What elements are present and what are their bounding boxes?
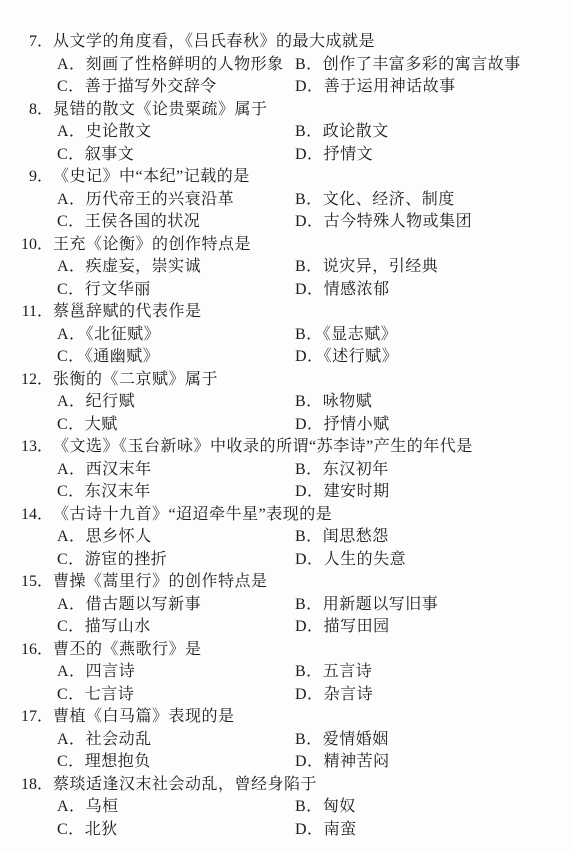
question-number: 16． [0, 639, 53, 662]
option-c-label: C． [57, 213, 85, 230]
option-a-text: 四言诗 [86, 663, 136, 680]
option-a: A．乌桓 [57, 796, 295, 819]
option-d: D．抒情小赋 [295, 414, 572, 437]
option-a-label: A． [57, 461, 86, 478]
option-b: B．五言诗 [295, 661, 572, 684]
option-b-label: B． [295, 123, 323, 140]
option-a-label: A． [57, 56, 86, 73]
option-a-text: 社会动乱 [86, 731, 152, 748]
option-b-text: 用新题以写旧事 [323, 596, 439, 613]
option-b-label: B． [295, 798, 323, 815]
option-c: C．七言诗 [57, 684, 295, 707]
option-a-text: 西汉末年 [86, 461, 152, 478]
question-stem: 曹丕的《燕歌行》是 [53, 639, 572, 662]
option-c-label: C． [57, 281, 85, 298]
option-c: C．东汉末年 [57, 481, 295, 504]
question-stem: 曹植《白马篇》表现的是 [53, 706, 572, 729]
option-d-text: 精神苦闷 [324, 753, 390, 770]
option-a-text: 乌桓 [86, 798, 119, 815]
option-c-label: C． [57, 483, 85, 500]
option-c-text: 理想抱负 [85, 753, 151, 770]
option-d-label: D． [295, 483, 324, 500]
option-c-text: 叙事文 [85, 146, 135, 163]
question-number: 8． [0, 99, 53, 122]
option-d-label: D． [295, 78, 324, 95]
question-stem: 从文学的角度看，《吕氏春秋》的最大成就是 [53, 31, 572, 54]
option-d-text: 抒情小赋 [324, 416, 390, 433]
option-b-text: 东汉初年 [323, 461, 389, 478]
option-c: C．《通幽赋》 [57, 346, 295, 369]
question-stem: 蔡琰适逢汉末社会动乱，曾经身陷于 [53, 774, 572, 797]
option-a: A．纪行赋 [57, 391, 295, 414]
option-a-label: A． [57, 663, 86, 680]
option-a-label: A． [57, 528, 86, 545]
option-a-label: A． [57, 731, 86, 748]
question-number: 15． [0, 571, 53, 594]
option-c: C．行文华丽 [57, 279, 295, 302]
option-d: D．《述行赋》 [295, 346, 572, 369]
option-d-label: D． [295, 416, 324, 433]
option-a-label: A． [57, 393, 86, 410]
option-b-label: B． [295, 663, 323, 680]
option-c-text: 七言诗 [85, 686, 135, 703]
question-number: 14． [0, 504, 53, 527]
option-c: C．大赋 [57, 414, 295, 437]
option-a: A．思乡怀人 [57, 526, 295, 549]
option-d-text: 情感浓郁 [324, 281, 390, 298]
option-b: B．匈奴 [295, 796, 572, 819]
option-b-text: 说灾异，引经典 [323, 258, 439, 275]
option-a: A．四言诗 [57, 661, 295, 684]
option-b-label: B． [295, 56, 323, 73]
option-d: D．杂言诗 [295, 684, 572, 707]
option-a-label: A． [57, 596, 86, 613]
question-stem: 晁错的散文《论贵粟疏》属于 [53, 99, 572, 122]
option-b: B．《显志赋》 [295, 324, 572, 347]
option-a-text: 思乡怀人 [86, 528, 152, 545]
option-b-text: 爱情婚姻 [323, 731, 389, 748]
option-b-label: B． [295, 258, 323, 275]
option-c: C．善于描写外交辞令 [57, 76, 295, 99]
option-d-label: D． [295, 686, 324, 703]
option-d-label: D． [295, 821, 324, 838]
question-stem: 蔡邕辞赋的代表作是 [53, 301, 572, 324]
option-d: D．古今特殊人物或集团 [295, 211, 572, 234]
option-a-text: 纪行赋 [86, 393, 136, 410]
question-number: 7． [0, 31, 53, 54]
option-c: C．游宦的挫折 [57, 549, 295, 572]
option-d: D．善于运用神话故事 [295, 76, 572, 99]
question-number: 11． [0, 301, 53, 324]
option-d-text: 建安时期 [324, 483, 390, 500]
option-b: B．创作了丰富多彩的寓言故事 [295, 54, 572, 77]
option-d: D．抒情文 [295, 144, 572, 167]
option-a: A．借古题以写新事 [57, 594, 295, 617]
option-c-label: C． [57, 551, 85, 568]
option-d-label: D． [295, 146, 324, 163]
question-item: 12． 张衡的《二京赋》属于 A．纪行赋 B．咏物赋 C．大赋 D．抒情小赋 [0, 369, 572, 437]
option-a-label: A． [57, 798, 86, 815]
option-d-label: D． [295, 213, 324, 230]
option-c: C．理想抱负 [57, 751, 295, 774]
option-d: D．南蛮 [295, 819, 572, 842]
option-c-text: 善于描写外交辞令 [85, 78, 217, 95]
question-number: 9． [0, 166, 53, 189]
option-b-text: 五言诗 [323, 663, 373, 680]
option-c-label: C． [57, 348, 85, 365]
question-item: 15． 曹操《蒿里行》的创作特点是 A．借古题以写新事 B．用新题以写旧事 C．… [0, 571, 572, 639]
option-b: B．咏物赋 [295, 391, 572, 414]
option-a: A．疾虚妄，崇实诚 [57, 256, 295, 279]
question-item: 16． 曹丕的《燕歌行》是 A．四言诗 B．五言诗 C．七言诗 D．杂言诗 [0, 639, 572, 707]
option-c: C．叙事文 [57, 144, 295, 167]
option-d-text: 人生的失意 [324, 551, 407, 568]
question-item: 18． 蔡琰适逢汉末社会动乱，曾经身陷于 A．乌桓 B．匈奴 C．北狄 D．南蛮 [0, 774, 572, 842]
option-d: D．描写田园 [295, 616, 572, 639]
question-stem: 张衡的《二京赋》属于 [53, 369, 572, 392]
option-d: D．建安时期 [295, 481, 572, 504]
option-d-text: 杂言诗 [324, 686, 374, 703]
option-c-text: 描写山水 [85, 618, 151, 635]
question-number: 12． [0, 369, 53, 392]
option-a: A．西汉末年 [57, 459, 295, 482]
option-a-label: A． [57, 191, 86, 208]
option-c-label: C． [57, 78, 85, 95]
question-stem: 《文选》《玉台新咏》中收录的所谓“苏李诗”产生的年代是 [53, 436, 572, 459]
option-c-text: 北狄 [85, 821, 118, 838]
option-c-label: C． [57, 821, 85, 838]
option-b: B．说灾异，引经典 [295, 256, 572, 279]
option-c-label: C． [57, 416, 85, 433]
option-d-label: D． [295, 348, 324, 365]
question-item: 9． 《史记》中“本纪”记载的是 A．历代帝王的兴衰沿革 B．文化、经济、制度 … [0, 166, 572, 234]
option-d: D．精神苦闷 [295, 751, 572, 774]
option-b-text: 文化、经济、制度 [323, 191, 455, 208]
option-a-label: A． [57, 258, 86, 275]
question-stem: 曹操《蒿里行》的创作特点是 [53, 571, 572, 594]
option-c: C．王侯各国的状况 [57, 211, 295, 234]
option-d-label: D． [295, 281, 324, 298]
question-item: 14． 《古诗十九首》“迢迢牵牛星”表现的是 A．思乡怀人 B．闺思愁怨 C．游… [0, 504, 572, 572]
option-b-text: 闺思愁怨 [323, 528, 389, 545]
option-b-text: 匈奴 [323, 798, 356, 815]
option-d-label: D． [295, 618, 324, 635]
question-list: 7． 从文学的角度看，《吕氏春秋》的最大成就是 A．刻画了性格鲜明的人物形象 B… [0, 31, 572, 841]
question-number: 17． [0, 706, 53, 729]
option-d-text: 南蛮 [324, 821, 357, 838]
option-d-text: 抒情文 [324, 146, 374, 163]
question-item: 11． 蔡邕辞赋的代表作是 A．《北征赋》 B．《显志赋》 C．《通幽赋》 D．… [0, 301, 572, 369]
option-c-text: 行文华丽 [85, 281, 151, 298]
option-b-text: 政论散文 [323, 123, 389, 140]
question-stem: 王充《论衡》的创作特点是 [53, 234, 572, 257]
option-b: B．闺思愁怨 [295, 526, 572, 549]
option-d-text: 善于运用神话故事 [324, 78, 456, 95]
option-c-text: 东汉末年 [85, 483, 151, 500]
option-d: D．人生的失意 [295, 549, 572, 572]
option-d-text: 古今特殊人物或集团 [324, 213, 473, 230]
exam-document-page: 7． 从文学的角度看，《吕氏春秋》的最大成就是 A．刻画了性格鲜明的人物形象 B… [0, 0, 572, 852]
option-d: D．情感浓郁 [295, 279, 572, 302]
option-c-label: C． [57, 753, 85, 770]
option-c-label: C． [57, 618, 85, 635]
option-a: A．刻画了性格鲜明的人物形象 [57, 54, 295, 77]
question-item: 8． 晁错的散文《论贵粟疏》属于 A．史论散文 B．政论散文 C．叙事文 D．抒… [0, 99, 572, 167]
option-a-label: A． [57, 326, 86, 343]
option-d-label: D． [295, 753, 324, 770]
option-b-label: B． [295, 596, 323, 613]
question-item: 7． 从文学的角度看，《吕氏春秋》的最大成就是 A．刻画了性格鲜明的人物形象 B… [0, 31, 572, 99]
question-item: 17． 曹植《白马篇》表现的是 A．社会动乱 B．爱情婚姻 C．理想抱负 D．精… [0, 706, 572, 774]
question-stem: 《古诗十九首》“迢迢牵牛星”表现的是 [53, 504, 572, 527]
option-d-text: 描写田园 [324, 618, 390, 635]
option-c-text: 《通幽赋》 [85, 348, 160, 365]
option-a-text: 史论散文 [86, 123, 152, 140]
option-b: B．政论散文 [295, 121, 572, 144]
option-c-text: 王侯各国的状况 [85, 213, 201, 230]
option-b-label: B． [295, 528, 323, 545]
option-d-label: D． [295, 551, 324, 568]
option-b-label: B． [295, 191, 323, 208]
option-a-text: 历代帝王的兴衰沿革 [86, 191, 235, 208]
option-b-text: 咏物赋 [323, 393, 373, 410]
option-a-text: 刻画了性格鲜明的人物形象 [86, 56, 284, 73]
option-b-label: B． [295, 326, 323, 343]
question-item: 10． 王充《论衡》的创作特点是 A．疾虚妄，崇实诚 B．说灾异，引经典 C．行… [0, 234, 572, 302]
option-c-label: C． [57, 686, 85, 703]
option-a-text: 疾虚妄，崇实诚 [86, 258, 202, 275]
option-a: A．历代帝王的兴衰沿革 [57, 189, 295, 212]
option-a-text: 借古题以写新事 [86, 596, 202, 613]
option-b-label: B． [295, 393, 323, 410]
option-b-label: B． [295, 461, 323, 478]
option-c: C．北狄 [57, 819, 295, 842]
question-number: 13． [0, 436, 53, 459]
option-a: A．社会动乱 [57, 729, 295, 752]
question-number: 18． [0, 774, 53, 797]
question-stem: 《史记》中“本纪”记载的是 [53, 166, 572, 189]
option-a: A．史论散文 [57, 121, 295, 144]
option-b-label: B． [295, 731, 323, 748]
option-c-text: 游宦的挫折 [85, 551, 168, 568]
question-number: 10． [0, 234, 53, 257]
option-a: A．《北征赋》 [57, 324, 295, 347]
option-c-text: 大赋 [85, 416, 118, 433]
option-a-label: A． [57, 123, 86, 140]
option-c-label: C． [57, 146, 85, 163]
option-d-text: 《述行赋》 [324, 348, 399, 365]
option-b-text: 《显志赋》 [323, 326, 398, 343]
option-b: B．文化、经济、制度 [295, 189, 572, 212]
option-b: B．东汉初年 [295, 459, 572, 482]
question-item: 13． 《文选》《玉台新咏》中收录的所谓“苏李诗”产生的年代是 A．西汉末年 B… [0, 436, 572, 504]
option-b-text: 创作了丰富多彩的寓言故事 [323, 56, 521, 73]
option-b: B．用新题以写旧事 [295, 594, 572, 617]
option-b: B．爱情婚姻 [295, 729, 572, 752]
option-a-text: 《北征赋》 [86, 326, 161, 343]
option-c: C．描写山水 [57, 616, 295, 639]
